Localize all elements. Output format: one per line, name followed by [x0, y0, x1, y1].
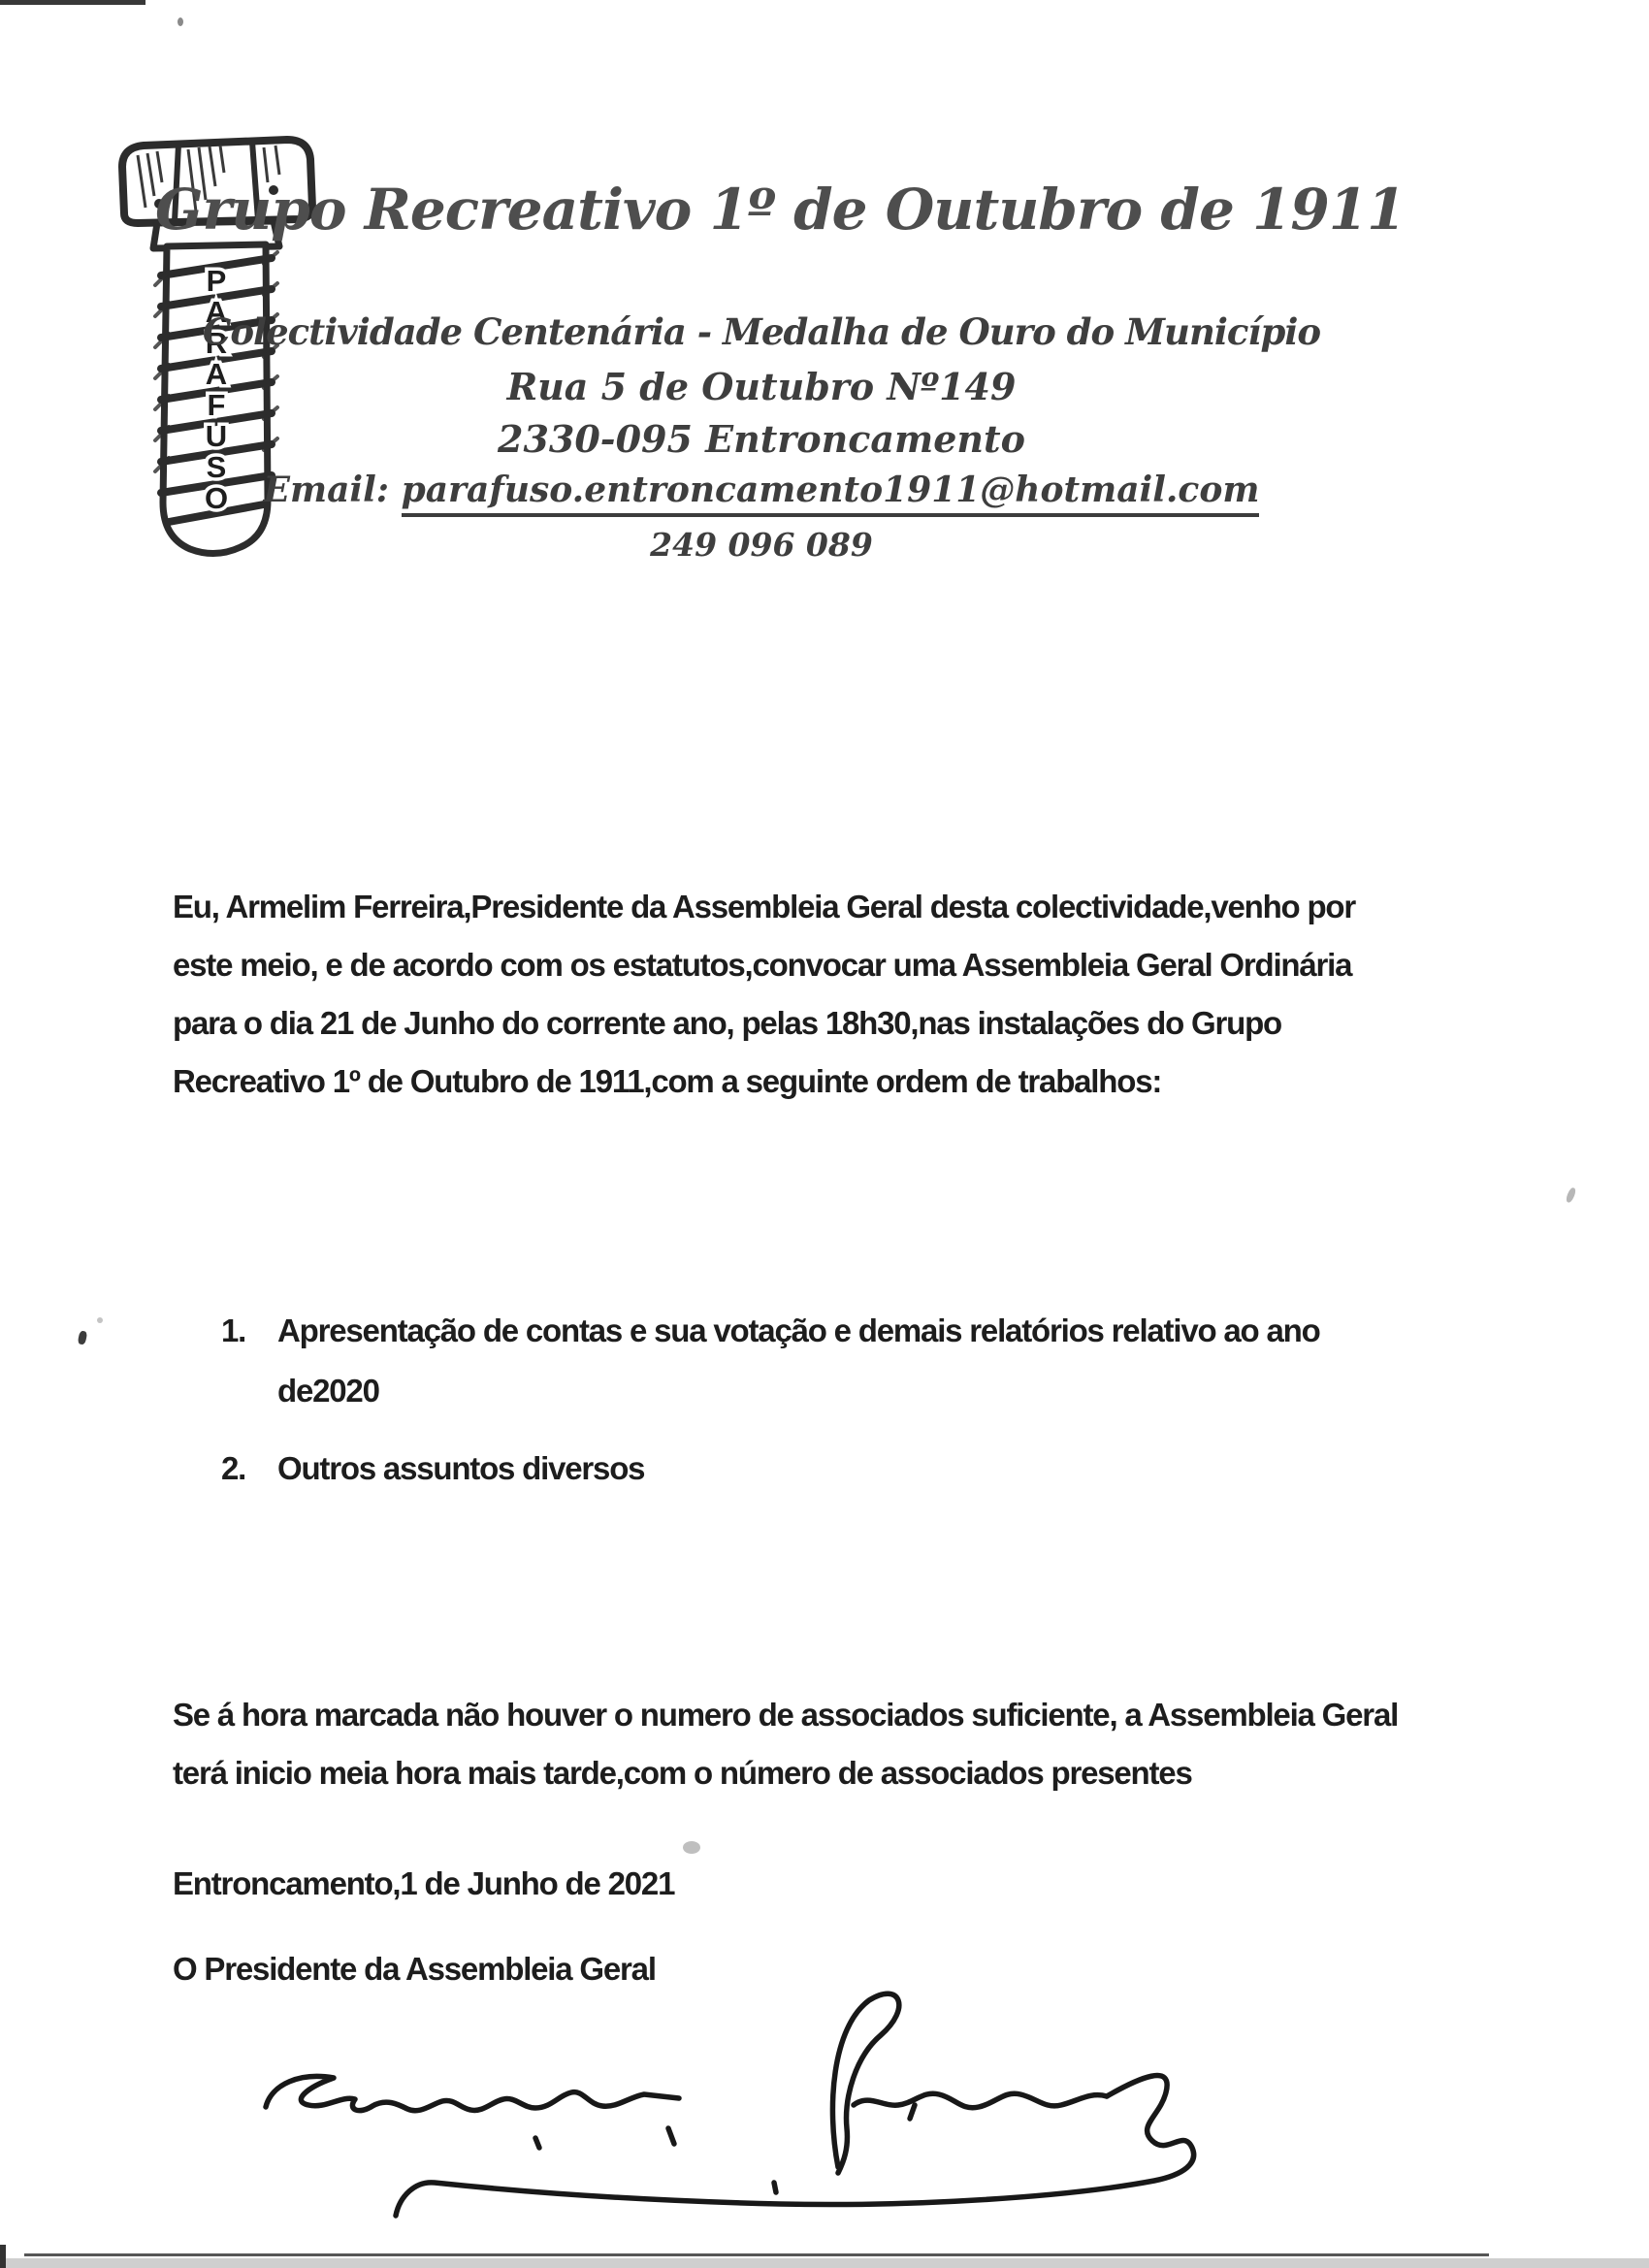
agenda-item-text: Apresentação de contas e sua votação e d… [277, 1312, 1320, 1348]
agenda-item-number: 2. [221, 1440, 277, 1498]
org-phone: 249 096 089 [155, 526, 1368, 564]
signature-handwritten [244, 1981, 1214, 2228]
paragraph-line: Recreativo 1º de Outubro de 1911,com a s… [173, 1053, 1355, 1111]
org-email-line: Email: parafuso.entroncamento1911@hotmai… [155, 470, 1368, 510]
paragraph-line: Se á hora marcada não houver o numero de… [173, 1686, 1398, 1744]
quorum-paragraph: Se á hora marcada não houver o numero de… [173, 1686, 1398, 1802]
scan-artifact-top-edge [0, 0, 145, 5]
agenda-item-1-continuation: de2020 [277, 1362, 379, 1420]
org-title: Grupo Recreativo 1º de Outubro de 1911 [155, 177, 1368, 243]
paragraph-line: terá inicio meia hora mais tarde,com o n… [173, 1744, 1398, 1802]
org-address-street: Rua 5 de Outubro Nº149 [155, 365, 1368, 408]
scan-artifact-bottom-band [0, 2258, 1649, 2268]
scanned-letter-page: P A R A F U S O Grupo Recreativo 1º de O… [0, 0, 1649, 2268]
email-label: Email: [264, 470, 402, 510]
scan-artifact-speck [178, 17, 183, 26]
paragraph-line: Eu, Armelim Ferreira,Presidente da Assem… [173, 878, 1355, 936]
email-address: parafuso.entroncamento1911@hotmail.com [402, 470, 1260, 517]
org-address-city: 2330-095 Entroncamento [155, 417, 1368, 461]
agenda-item-2: 2.Outros assuntos diversos [221, 1440, 644, 1498]
paragraph-line: para o dia 21 de Junho do corrente ano, … [173, 994, 1355, 1053]
agenda-item-text: Outros assuntos diversos [277, 1450, 644, 1486]
scan-artifact-speck [97, 1317, 103, 1323]
opening-paragraph: Eu, Armelim Ferreira,Presidente da Assem… [173, 878, 1355, 1111]
scan-artifact-bottom-line [24, 2253, 1489, 2256]
logo-letter: P [207, 264, 227, 298]
agenda-item-1: 1.Apresentação de contas e sua votação e… [221, 1302, 1320, 1360]
org-subtitle: Colectividade Centenária - Medalha de Ou… [155, 310, 1368, 353]
scan-artifact-bottom-nub [0, 2245, 6, 2268]
agenda-item-number: 1. [221, 1302, 277, 1360]
scan-artifact-speck [683, 1841, 700, 1854]
date-line: Entroncamento,1 de Junho de 2021 [173, 1855, 674, 1913]
scan-artifact-speck [1565, 1186, 1576, 1203]
scan-artifact-speck [78, 1330, 88, 1345]
paragraph-line: este meio, e de acordo com os estatutos,… [173, 936, 1355, 994]
